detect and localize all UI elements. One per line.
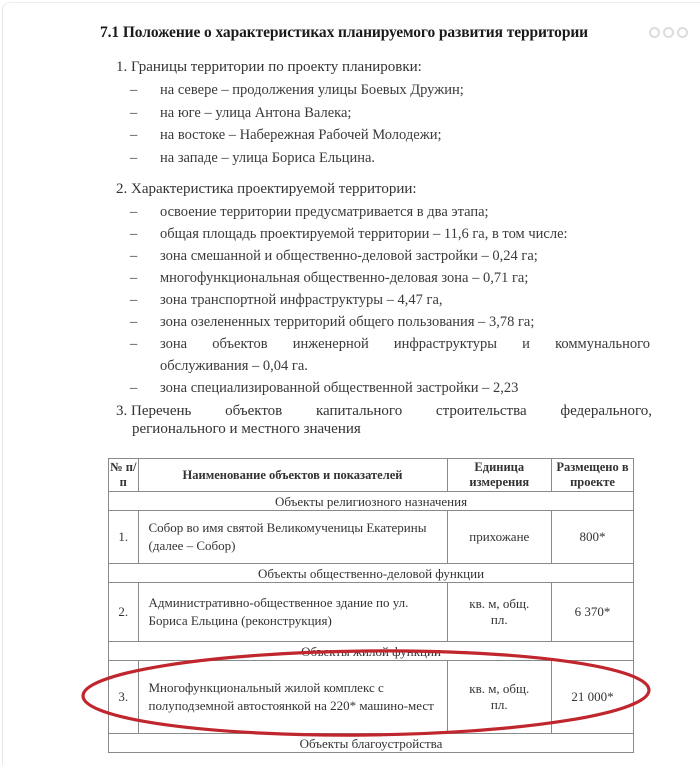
list-item: –зона смешанной и общественно-деловой за…: [130, 248, 538, 265]
table-row: 1. Собор во имя святой Великомученицы Ек…: [109, 511, 634, 564]
table-group-row: Объекты жилой функции: [109, 642, 634, 661]
list-item: –на юге – улица Антона Валека;: [130, 105, 351, 122]
list-item: –общая площадь проектируемой территории …: [130, 226, 568, 243]
col-header-name: Наименование объектов и показателей: [138, 459, 447, 492]
document-title: 7.1 Положение о характеристиках планируе…: [100, 24, 588, 42]
table-row: 2. Административно-общественное здание п…: [109, 583, 634, 642]
col-header-unit: Единица измерения: [447, 459, 552, 492]
dot: [649, 27, 660, 38]
table-group-row: Объекты благоустройства: [109, 734, 634, 753]
list-item: –зона озелененных территорий общего поль…: [130, 314, 534, 331]
list-item: –на севере – продолжения улицы Боевых Др…: [130, 82, 464, 99]
section3-heading: 3. Перечень объектов капитального строит…: [116, 403, 652, 438]
dot: [677, 27, 688, 38]
more-horizontal-icon[interactable]: [649, 27, 688, 38]
col-header-value: Размещено в проекте: [552, 459, 634, 492]
capital-objects-table: № п/п Наименование объектов и показателе…: [108, 458, 634, 753]
list-item: –многофункциональная общественно-деловая…: [130, 270, 528, 287]
list-item: –зона транспортной инфраструктуры – 4,47…: [130, 292, 443, 309]
list-item: –на востоке – Набережная Рабочей Молодеж…: [130, 127, 442, 144]
list-item: –на западе – улица Бориса Ельцина.: [130, 150, 375, 167]
table-header-row: № п/п Наименование объектов и показателе…: [109, 459, 634, 492]
section2-heading: 2. Характеристика проектируемой территор…: [116, 181, 417, 198]
list-item: –зона специализированной общественной за…: [130, 380, 518, 397]
col-header-number: № п/п: [109, 459, 139, 492]
dot: [663, 27, 674, 38]
table-group-row: Объекты религиозного назначения: [109, 492, 634, 511]
list-item: –зона объектов инженерной инфраструктуры…: [130, 336, 650, 353]
list-item-continuation: обслуживания – 0,04 га.: [160, 358, 308, 375]
section1-heading: 1. Границы территории по проекту планиро…: [116, 59, 422, 76]
table-group-row: Объекты общественно-деловой функции: [109, 564, 634, 583]
list-item: –освоение территории предусматривается в…: [130, 204, 489, 221]
table-row-highlighted: 3. Многофункциональный жилой комплекс с …: [109, 661, 634, 734]
